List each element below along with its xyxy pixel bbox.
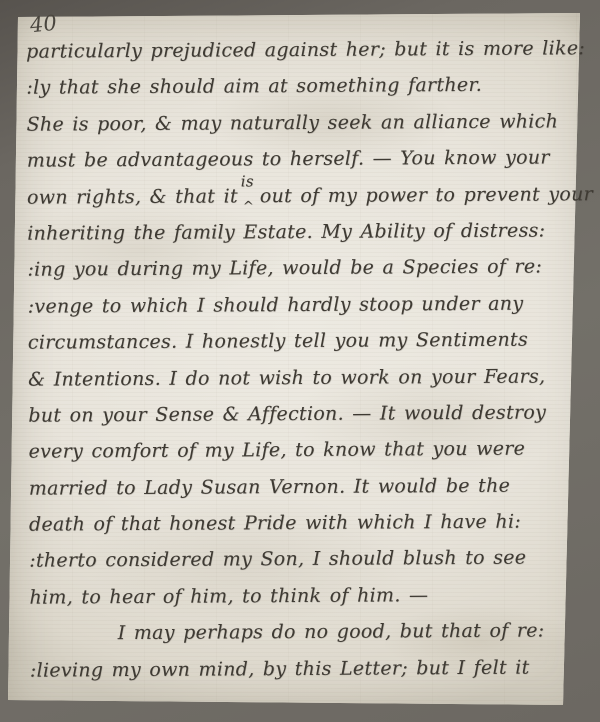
manuscript-line: circumstances. I honestly tell you my Se… [28, 321, 568, 361]
manuscript-line: him, to hear of him, to think of him. — [29, 576, 569, 616]
line-text-before-caret: own rights, & that it [27, 185, 238, 208]
manuscript-line: :lieving my own mind, by this Letter; bu… [30, 649, 570, 689]
manuscript-line: :therto considered my Son, I should blus… [29, 540, 569, 580]
manuscript-line: :ing you during my Life, would be a Spec… [27, 249, 567, 289]
manuscript-line: :venge to which I should hardly stoop un… [28, 285, 568, 325]
caret-insertion: is^ [238, 183, 260, 202]
manuscript-line: married to Lady Susan Vernon. It would b… [29, 467, 569, 507]
line-text-after-caret: out of my power to prevent your [260, 183, 593, 207]
manuscript-line: & Intentions. I do not wish to work on y… [28, 358, 568, 398]
manuscript-line: death of that honest Pride with which I … [29, 503, 569, 543]
manuscript-line: but on your Sense & Affection. — It woul… [28, 394, 568, 434]
letter-body: particularly prejudiced against her; but… [26, 30, 570, 688]
manuscript-line: inheriting the family Estate. My Ability… [27, 212, 567, 252]
manuscript-line-with-insertion: own rights, & that itis^out of my power … [27, 176, 567, 216]
manuscript-line: She is poor, & may naturally seek an all… [26, 103, 566, 143]
caret-mark: ^ [243, 200, 254, 213]
manuscript-line: every comfort of my Life, to know that y… [28, 431, 568, 471]
manuscript-line: :ly that she should aim at something far… [26, 67, 566, 107]
manuscript-line: particularly prejudiced against her; but… [26, 30, 566, 70]
manuscript-line: must be advantageous to herself. — You k… [27, 140, 567, 180]
manuscript-line-paragraph-start: I may perhaps do no good, but that of re… [30, 613, 570, 653]
inserted-word: is [241, 174, 254, 189]
